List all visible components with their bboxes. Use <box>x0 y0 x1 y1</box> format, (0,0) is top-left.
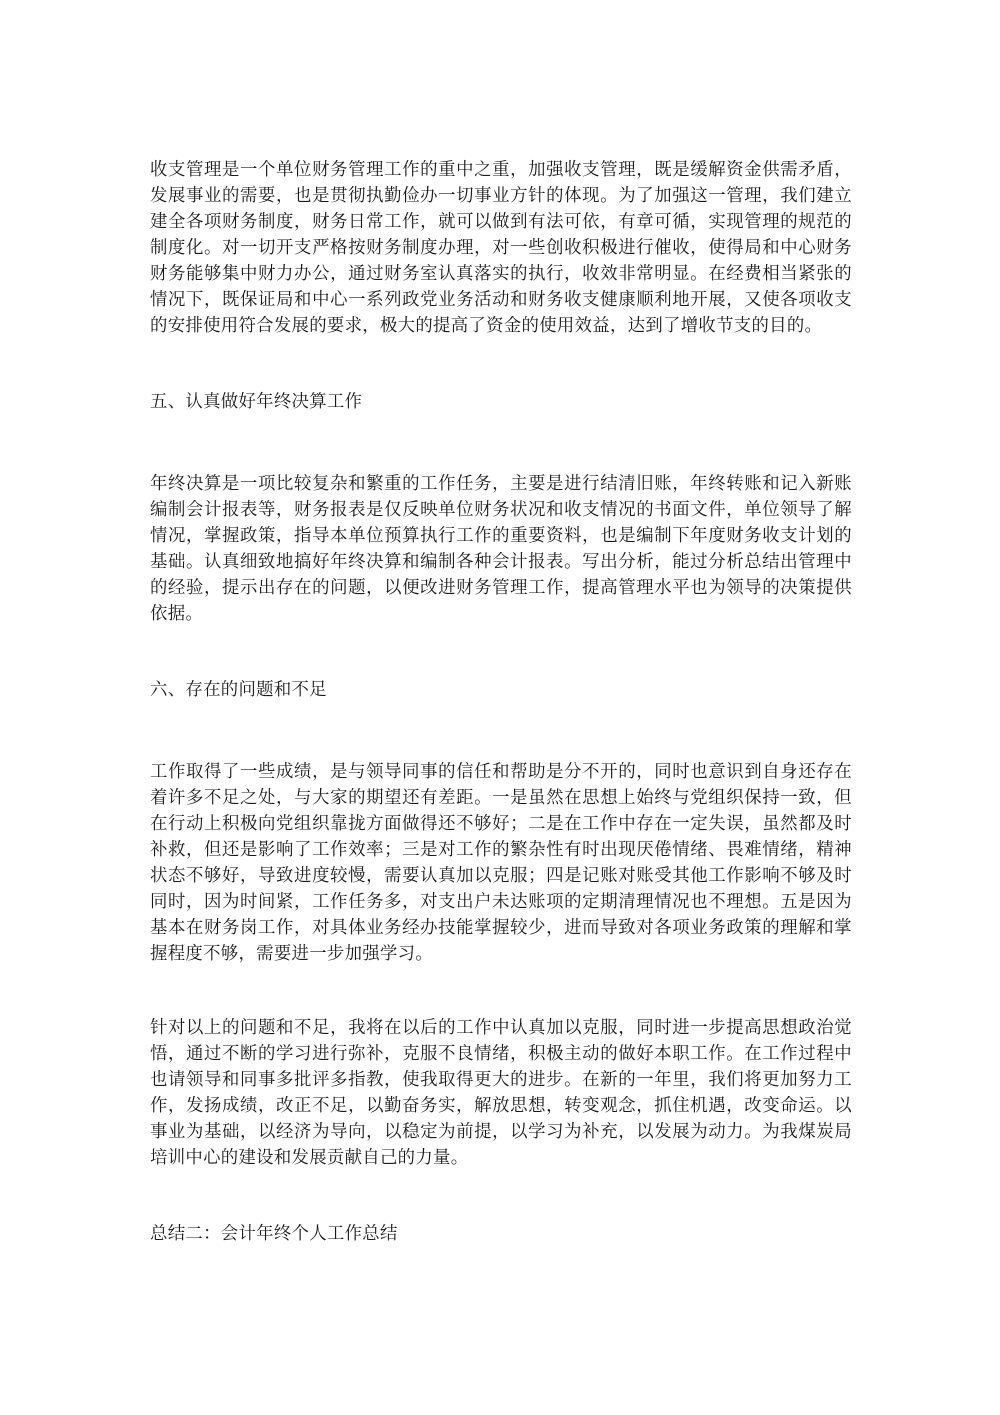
paragraph-year-end-settlement: 年终决算是一项比较复杂和繁重的工作任务，主要是进行结清旧账，年终转账和记入新账编… <box>150 471 852 627</box>
spacer <box>150 627 852 677</box>
paragraph-problems: 工作取得了一些成绩，是与领导同事的信任和帮助是分不开的，同时也意识到自身还存在着… <box>150 759 852 967</box>
paragraph-improvement-plan: 针对以上的问题和不足，我将在以后的工作中认真加以克服，同时进一步提高思想政治觉悟… <box>150 1015 852 1171</box>
spacer <box>150 967 852 1015</box>
section-heading-year-end-settlement: 五、认真做好年终决算工作 <box>150 389 852 415</box>
spacer <box>150 415 852 471</box>
section-heading-summary-two: 总结二：会计年终个人工作总结 <box>150 1221 852 1247</box>
document-page: 收支管理是一个单位财务管理工作的重中之重，加强收支管理，既是缓解资金供需矛盾，发… <box>150 157 852 1247</box>
spacer <box>150 339 852 389</box>
spacer <box>150 1171 852 1221</box>
spacer <box>150 703 852 759</box>
paragraph-income-expense-management: 收支管理是一个单位财务管理工作的重中之重，加强收支管理，既是缓解资金供需矛盾，发… <box>150 157 852 339</box>
section-heading-problems: 六、存在的问题和不足 <box>150 677 852 703</box>
